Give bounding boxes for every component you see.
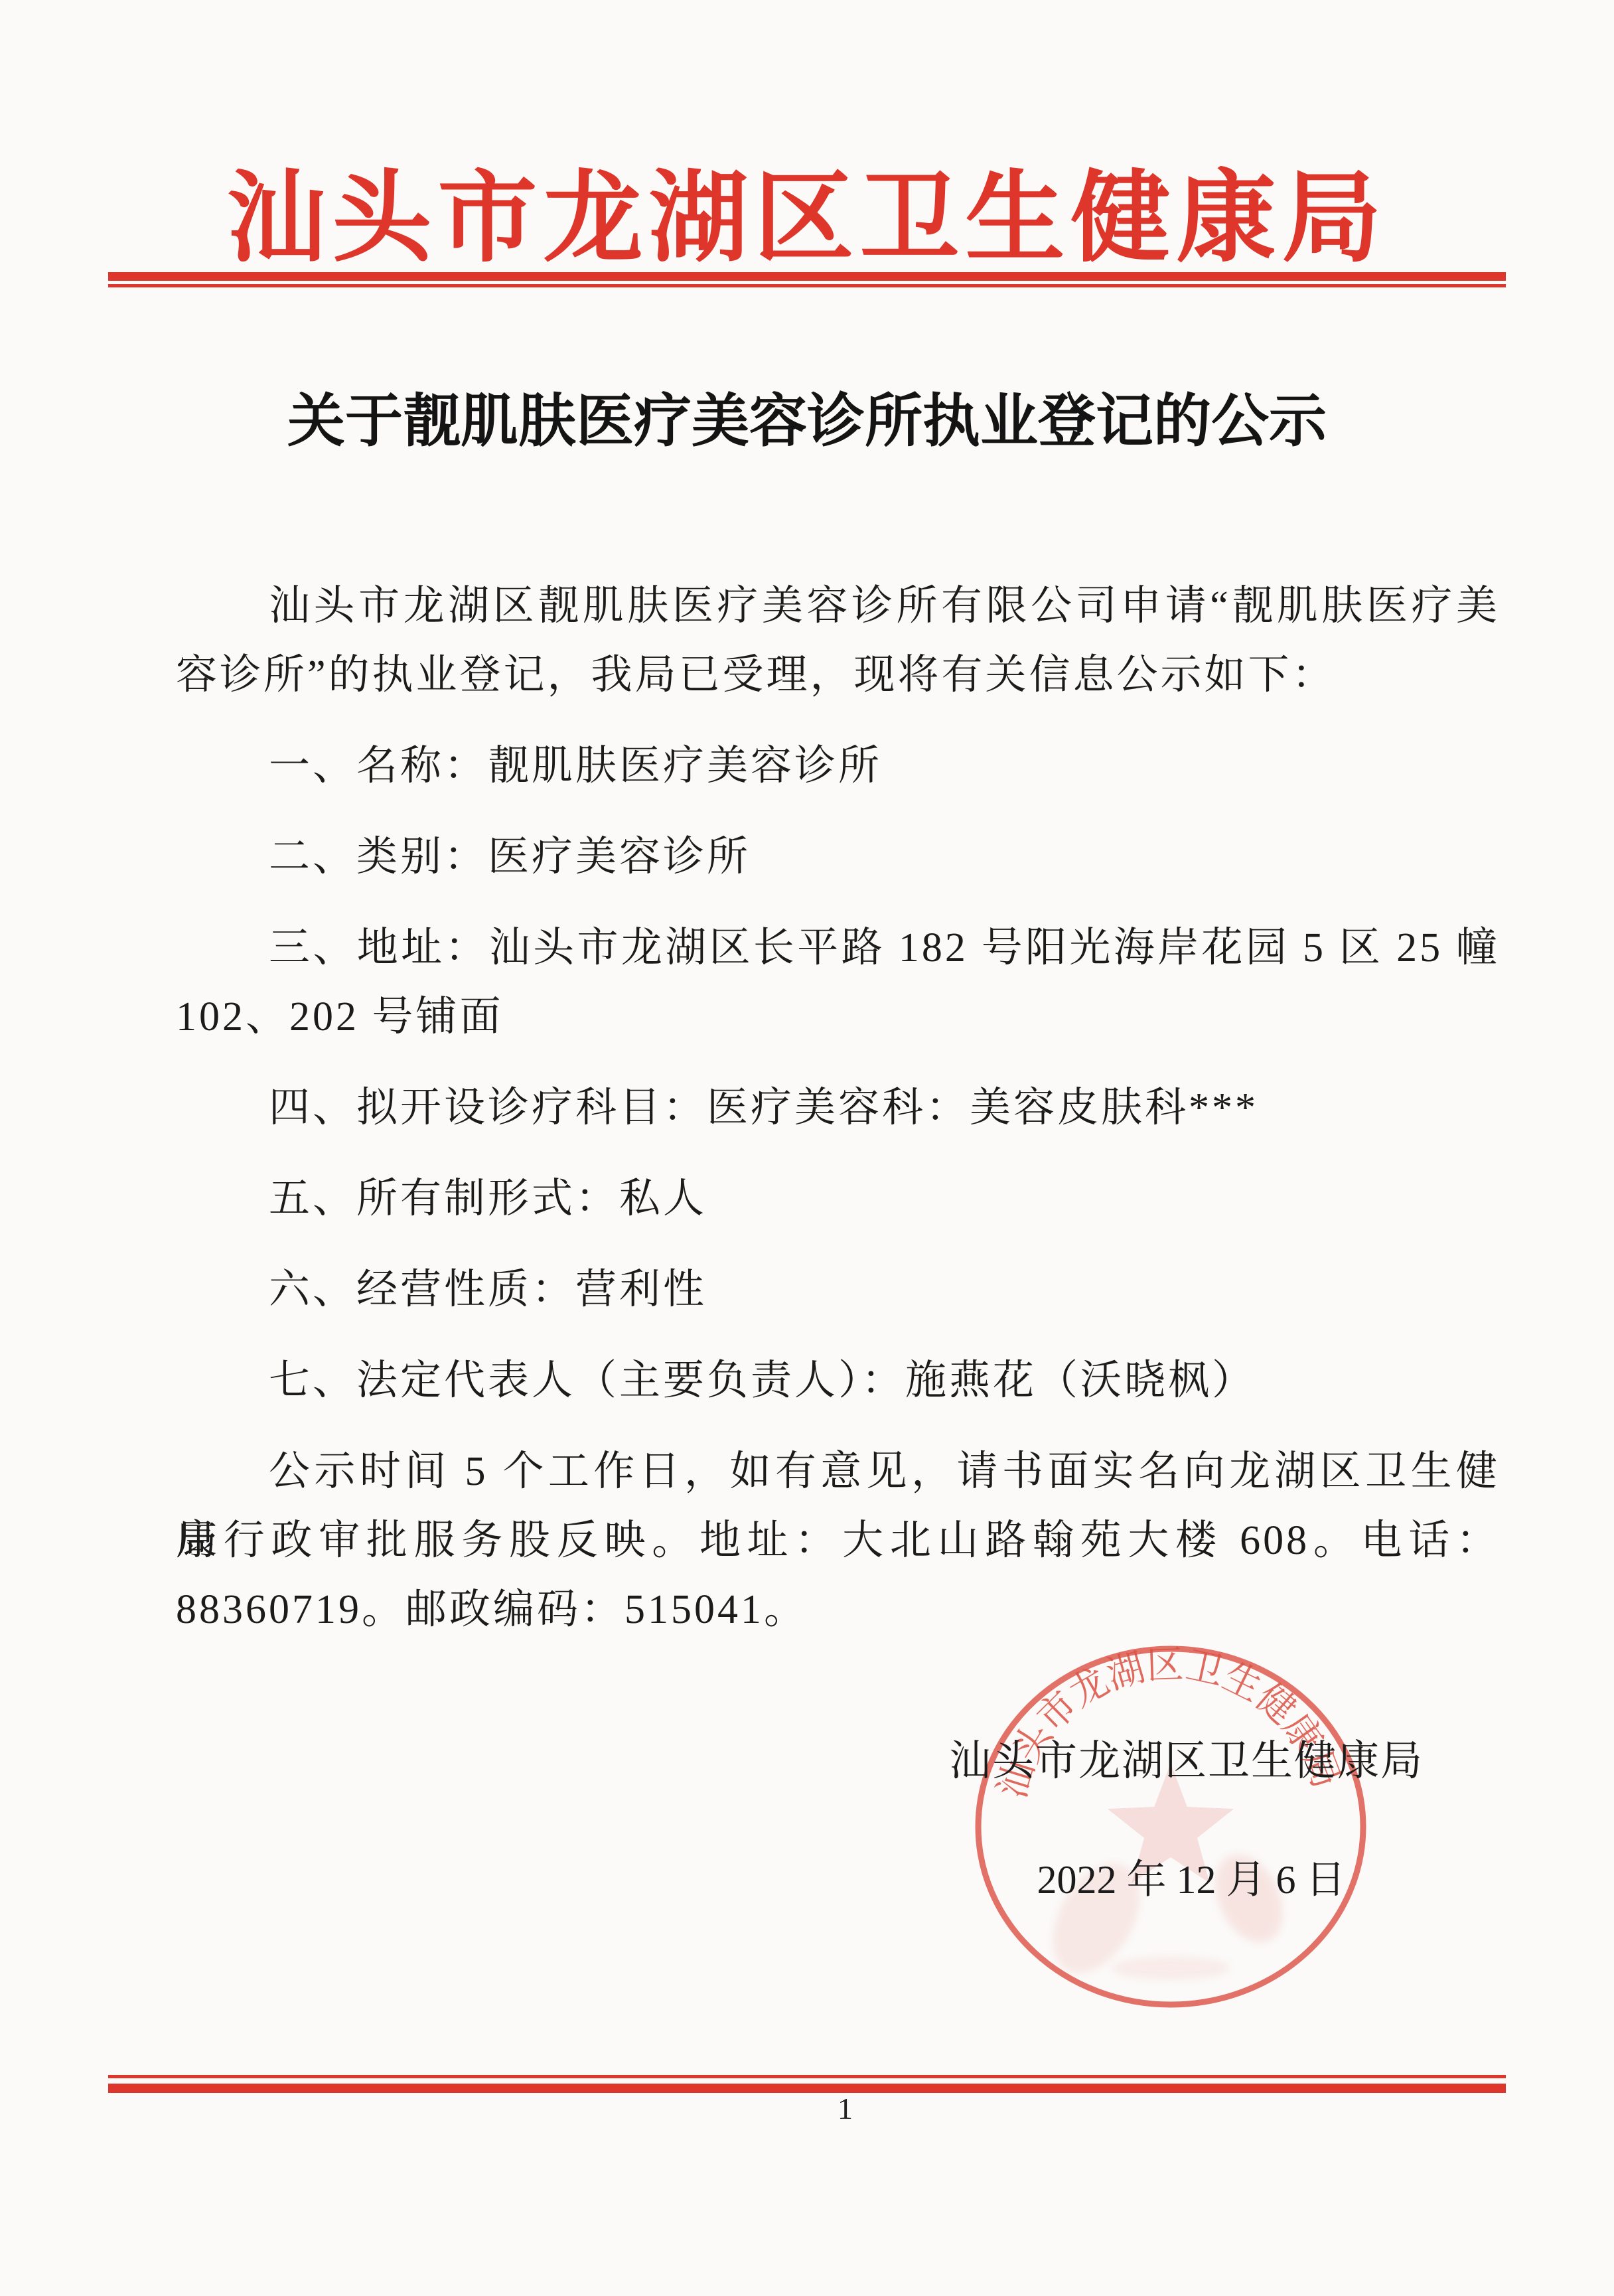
document-title: 关于靓肌肤医疗美容诊所执业登记的公示 [0,382,1614,461]
paragraph: 四、拟开设诊疗科目：医疗美容科：美容皮肤科*** [176,1073,1500,1142]
body-line: 二、类别：医疗美容诊所 [176,822,1500,891]
paragraph: 五、所有制形式：私人 [176,1164,1500,1233]
footer-rule-thick [108,2084,1506,2093]
document-page: 汕头市龙湖区卫生健康局 关于靓肌肤医疗美容诊所执业登记的公示 汕头市龙湖区靓肌肤… [0,0,1614,2296]
body-line: 容诊所”的执业登记，我局已受理，现将有关信息公示如下： [176,641,1500,710]
paragraph: 七、法定代表人（主要负责人）：施燕花（沃晓枫） [176,1346,1500,1415]
signature-date: 2022 年 12 月 6 日 [976,1857,1407,1902]
body-line: 一、名称：靓肌肤医疗美容诊所 [176,731,1500,801]
paragraph: 汕头市龙湖区靓肌肤医疗美容诊所有限公司申请“靓肌肤医疗美容诊所”的执业登记，我局… [176,572,1500,710]
body-line: 七、法定代表人（主要负责人）：施燕花（沃晓枫） [176,1346,1500,1415]
letterhead-rule-thick [108,272,1506,281]
signature-agency: 汕头市龙湖区卫生健康局 [949,1738,1424,1784]
body: 汕头市龙湖区靓肌肤医疗美容诊所有限公司申请“靓肌肤医疗美容诊所”的执业登记，我局… [176,572,1500,1666]
body-line: 三、地址：汕头市龙湖区长平路 182 号阳光海岸花园 5 区 25 幢 [176,913,1500,982]
body-line: 六、经营性质：营利性 [176,1255,1500,1324]
official-seal-stamp: 汕头市龙湖区卫生健康局 [964,1633,1378,2021]
paragraph: 二、类别：医疗美容诊所 [176,822,1500,891]
paragraph: 一、名称：靓肌肤医疗美容诊所 [176,731,1500,801]
letterhead-rule-thin [108,284,1506,287]
body-line: 汕头市龙湖区靓肌肤医疗美容诊所有限公司申请“靓肌肤医疗美 [176,572,1500,641]
paragraph: 三、地址：汕头市龙湖区长平路 182 号阳光海岸花园 5 区 25 幢102、2… [176,913,1500,1051]
paragraph: 六、经营性质：营利性 [176,1255,1500,1324]
body-line: 公示时间 5 个工作日，如有意见，请书面实名向龙湖区卫生健康 [176,1437,1500,1506]
seal-ink-smudge [1111,1956,1230,1980]
page-number: 1 [838,2092,853,2125]
body-line: 局行政审批服务股反映。地址：大北山路翰苑大楼 608。电话： [176,1506,1500,1575]
footer-rule-thin [108,2075,1506,2078]
body-line: 四、拟开设诊疗科目：医疗美容科：美容皮肤科*** [176,1073,1500,1142]
paragraph: 公示时间 5 个工作日，如有意见，请书面实名向龙湖区卫生健康局行政审批服务股反映… [176,1437,1500,1644]
body-line: 102、202 号铺面 [176,982,1500,1051]
body-line: 五、所有制形式：私人 [176,1164,1500,1233]
letterhead-agency-title: 汕头市龙湖区卫生健康局 [0,166,1614,272]
